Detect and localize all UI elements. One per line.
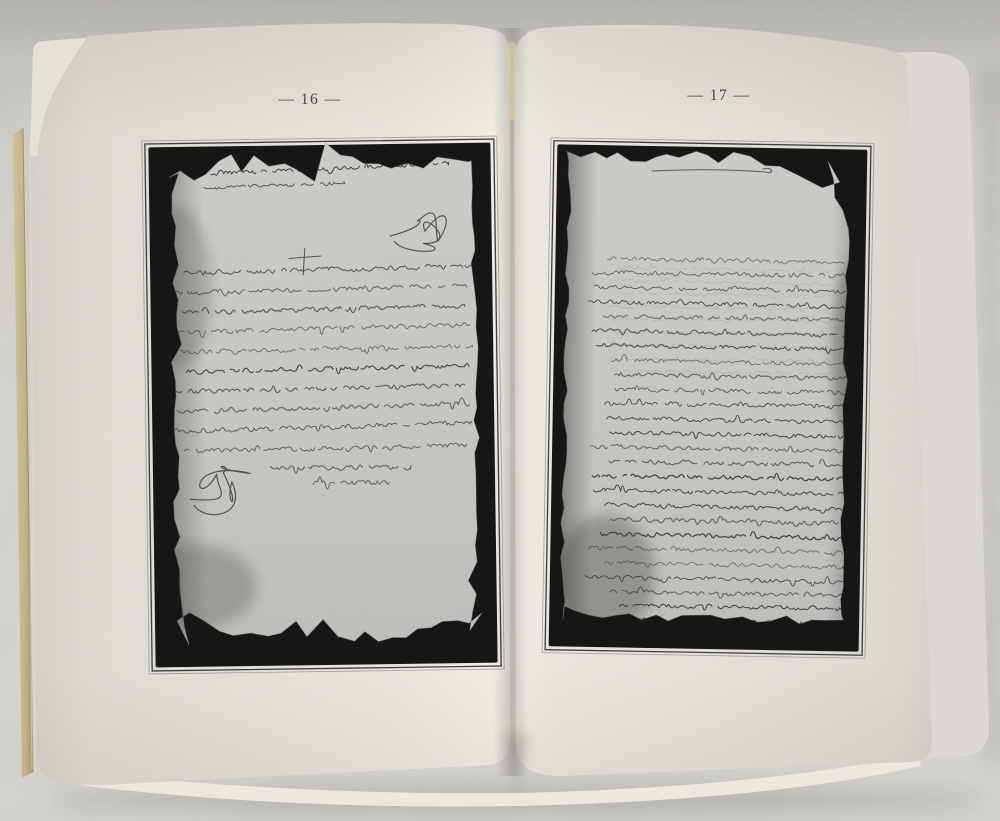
facsimile-plate-left (130, 136, 504, 674)
page-number-left: — 16 — (277, 91, 341, 108)
paper-texture (148, 143, 497, 668)
book-photo-canvas: — 16 — — 17 — (0, 0, 1000, 821)
manuscript-photo-left (130, 141, 497, 668)
page-number-right: — 17 — (686, 87, 750, 104)
photo-of-open-book: — 16 — — 17 — (0, 0, 1000, 821)
spine-fold-top (507, 42, 516, 120)
paper-texture (549, 144, 868, 651)
facsimile-plate-right (542, 138, 879, 659)
gutter-shadow (494, 28, 528, 776)
manuscript-photo-right (549, 144, 880, 652)
